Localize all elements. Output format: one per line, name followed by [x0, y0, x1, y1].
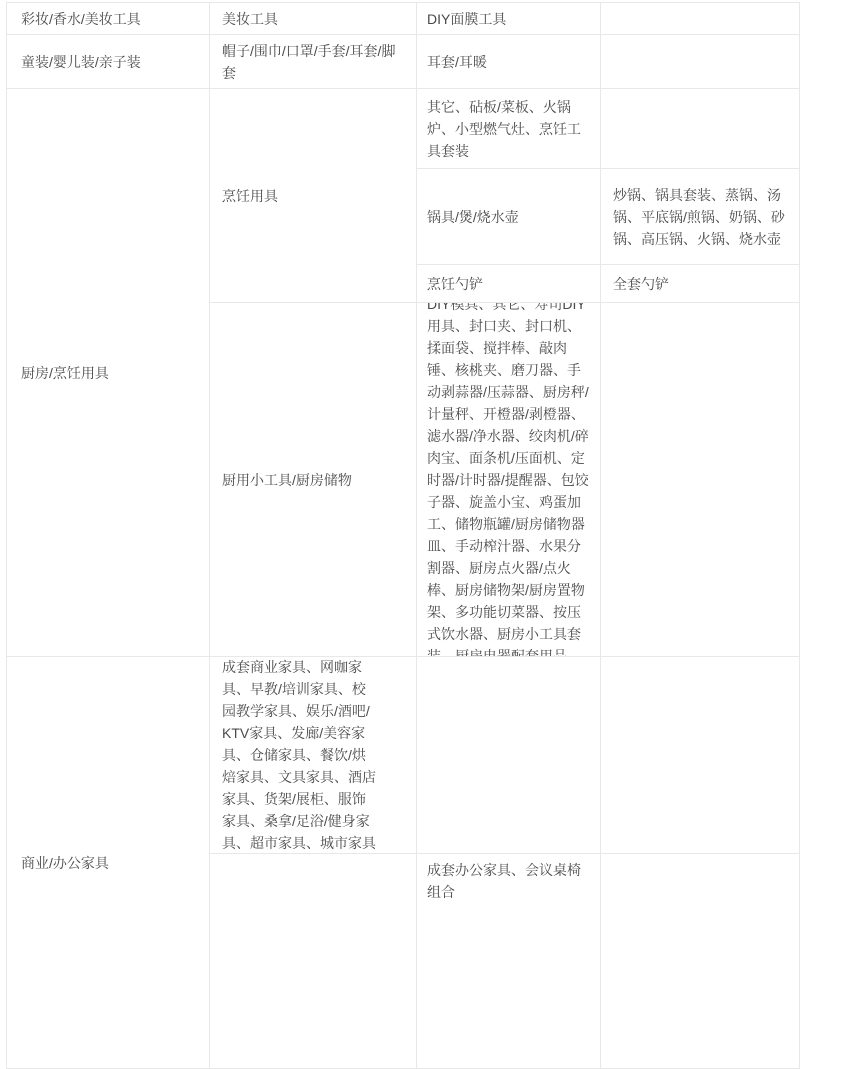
level2-cell: 烹饪用具	[210, 89, 417, 303]
level2-label: 成套商业家具、网咖家具、早教/培训家具、校园教学家具、娱乐/酒吧/KTV家具、发…	[222, 657, 378, 854]
level3-label: DIY模具、其它、寿司DIY用具、封口夹、封口机、揉面袋、搅拌棒、敲肉锤、核桃夹…	[427, 303, 590, 657]
level4-cell: 全套勺铲	[601, 265, 800, 303]
level2-cell: 帽子/围巾/口罩/手套/耳套/脚套	[210, 35, 417, 89]
level4-cell	[601, 854, 800, 869]
section-row: 厨房/烹饪用具 烹饪用具 其它、砧板/菜板、火锅炉、小型燃气灶、烹饪工具套装 锅…	[7, 89, 800, 657]
level3-cell: 烹饪勺铲	[417, 265, 601, 303]
level3-cell: 耳套/耳暖	[417, 35, 601, 89]
level1-cell: 彩妆/香水/美妆工具	[7, 3, 210, 35]
level3-cell	[417, 657, 601, 854]
level4-label: 全套勺铲	[613, 273, 669, 295]
level3-label: 耳套/耳暖	[427, 51, 487, 73]
level3-cell: DIY面膜工具	[417, 3, 601, 35]
level2-label: 烹饪用具	[222, 185, 278, 207]
level4-cell	[601, 303, 800, 657]
level1-label: 童装/婴儿装/亲子装	[21, 51, 141, 73]
level1-cell: 商业/办公家具	[7, 657, 210, 869]
level1-cell: 童装/婴儿装/亲子装	[7, 35, 210, 89]
section-row: 童装/婴儿装/亲子装 帽子/围巾/口罩/手套/耳套/脚套 耳套/耳暖	[7, 35, 800, 89]
level2-cell: 美妆工具	[210, 3, 417, 35]
level4-cell	[601, 657, 800, 854]
category-table: 彩妆/香水/美妆工具 美妆工具 DIY面膜工具 童装/婴儿装/亲子装 帽子/围巾…	[6, 2, 800, 869]
level4-cell: 炒锅、锅具套装、蒸锅、汤锅、平底锅/煎锅、奶锅、砂锅、高压锅、火锅、烧水壶	[601, 169, 800, 265]
level1-label: 商业/办公家具	[21, 852, 109, 870]
level3-label: 烹饪勺铲	[427, 273, 483, 295]
level2-cell: 成套商业家具、网咖家具、早教/培训家具、校园教学家具、娱乐/酒吧/KTV家具、发…	[210, 657, 417, 854]
level1-label: 厨房/烹饪用具	[21, 362, 109, 384]
section-row: 彩妆/香水/美妆工具 美妆工具 DIY面膜工具	[7, 3, 800, 35]
level3-label: 成套办公家具、会议桌椅组合	[427, 859, 590, 869]
level1-cell: 厨房/烹饪用具	[7, 89, 210, 657]
level3-cell: 成套办公家具、会议桌椅组合	[417, 854, 601, 869]
level2-label: 厨用小工具/厨房储物	[222, 469, 352, 491]
level4-label: 炒锅、锅具套装、蒸锅、汤锅、平底锅/煎锅、奶锅、砂锅、高压锅、火锅、烧水壶	[613, 184, 787, 250]
level3-label: 锅具/煲/烧水壶	[427, 206, 519, 228]
level2-label: 帽子/围巾/口罩/手套/耳套/脚套	[222, 40, 404, 84]
level2-label: 美妆工具	[222, 8, 278, 30]
level3-cell: DIY模具、其它、寿司DIY用具、封口夹、封口机、揉面袋、搅拌棒、敲肉锤、核桃夹…	[417, 303, 601, 657]
level3-label: DIY面膜工具	[427, 8, 506, 30]
level4-cell	[601, 89, 800, 169]
level2-cell: 厨用小工具/厨房储物	[210, 303, 417, 657]
level3-label: 其它、砧板/菜板、火锅炉、小型燃气灶、烹饪工具套装	[427, 96, 590, 162]
level1-label: 彩妆/香水/美妆工具	[21, 8, 141, 30]
section-row: 商业/办公家具 成套商业家具、网咖家具、早教/培训家具、校园教学家具、娱乐/酒吧…	[7, 657, 800, 869]
level4-cell	[601, 3, 800, 35]
level3-cell: 其它、砧板/菜板、火锅炉、小型燃气灶、烹饪工具套装	[417, 89, 601, 169]
level2-cell	[210, 854, 417, 869]
level3-cell: 锅具/煲/烧水壶	[417, 169, 601, 265]
level4-cell	[601, 35, 800, 89]
